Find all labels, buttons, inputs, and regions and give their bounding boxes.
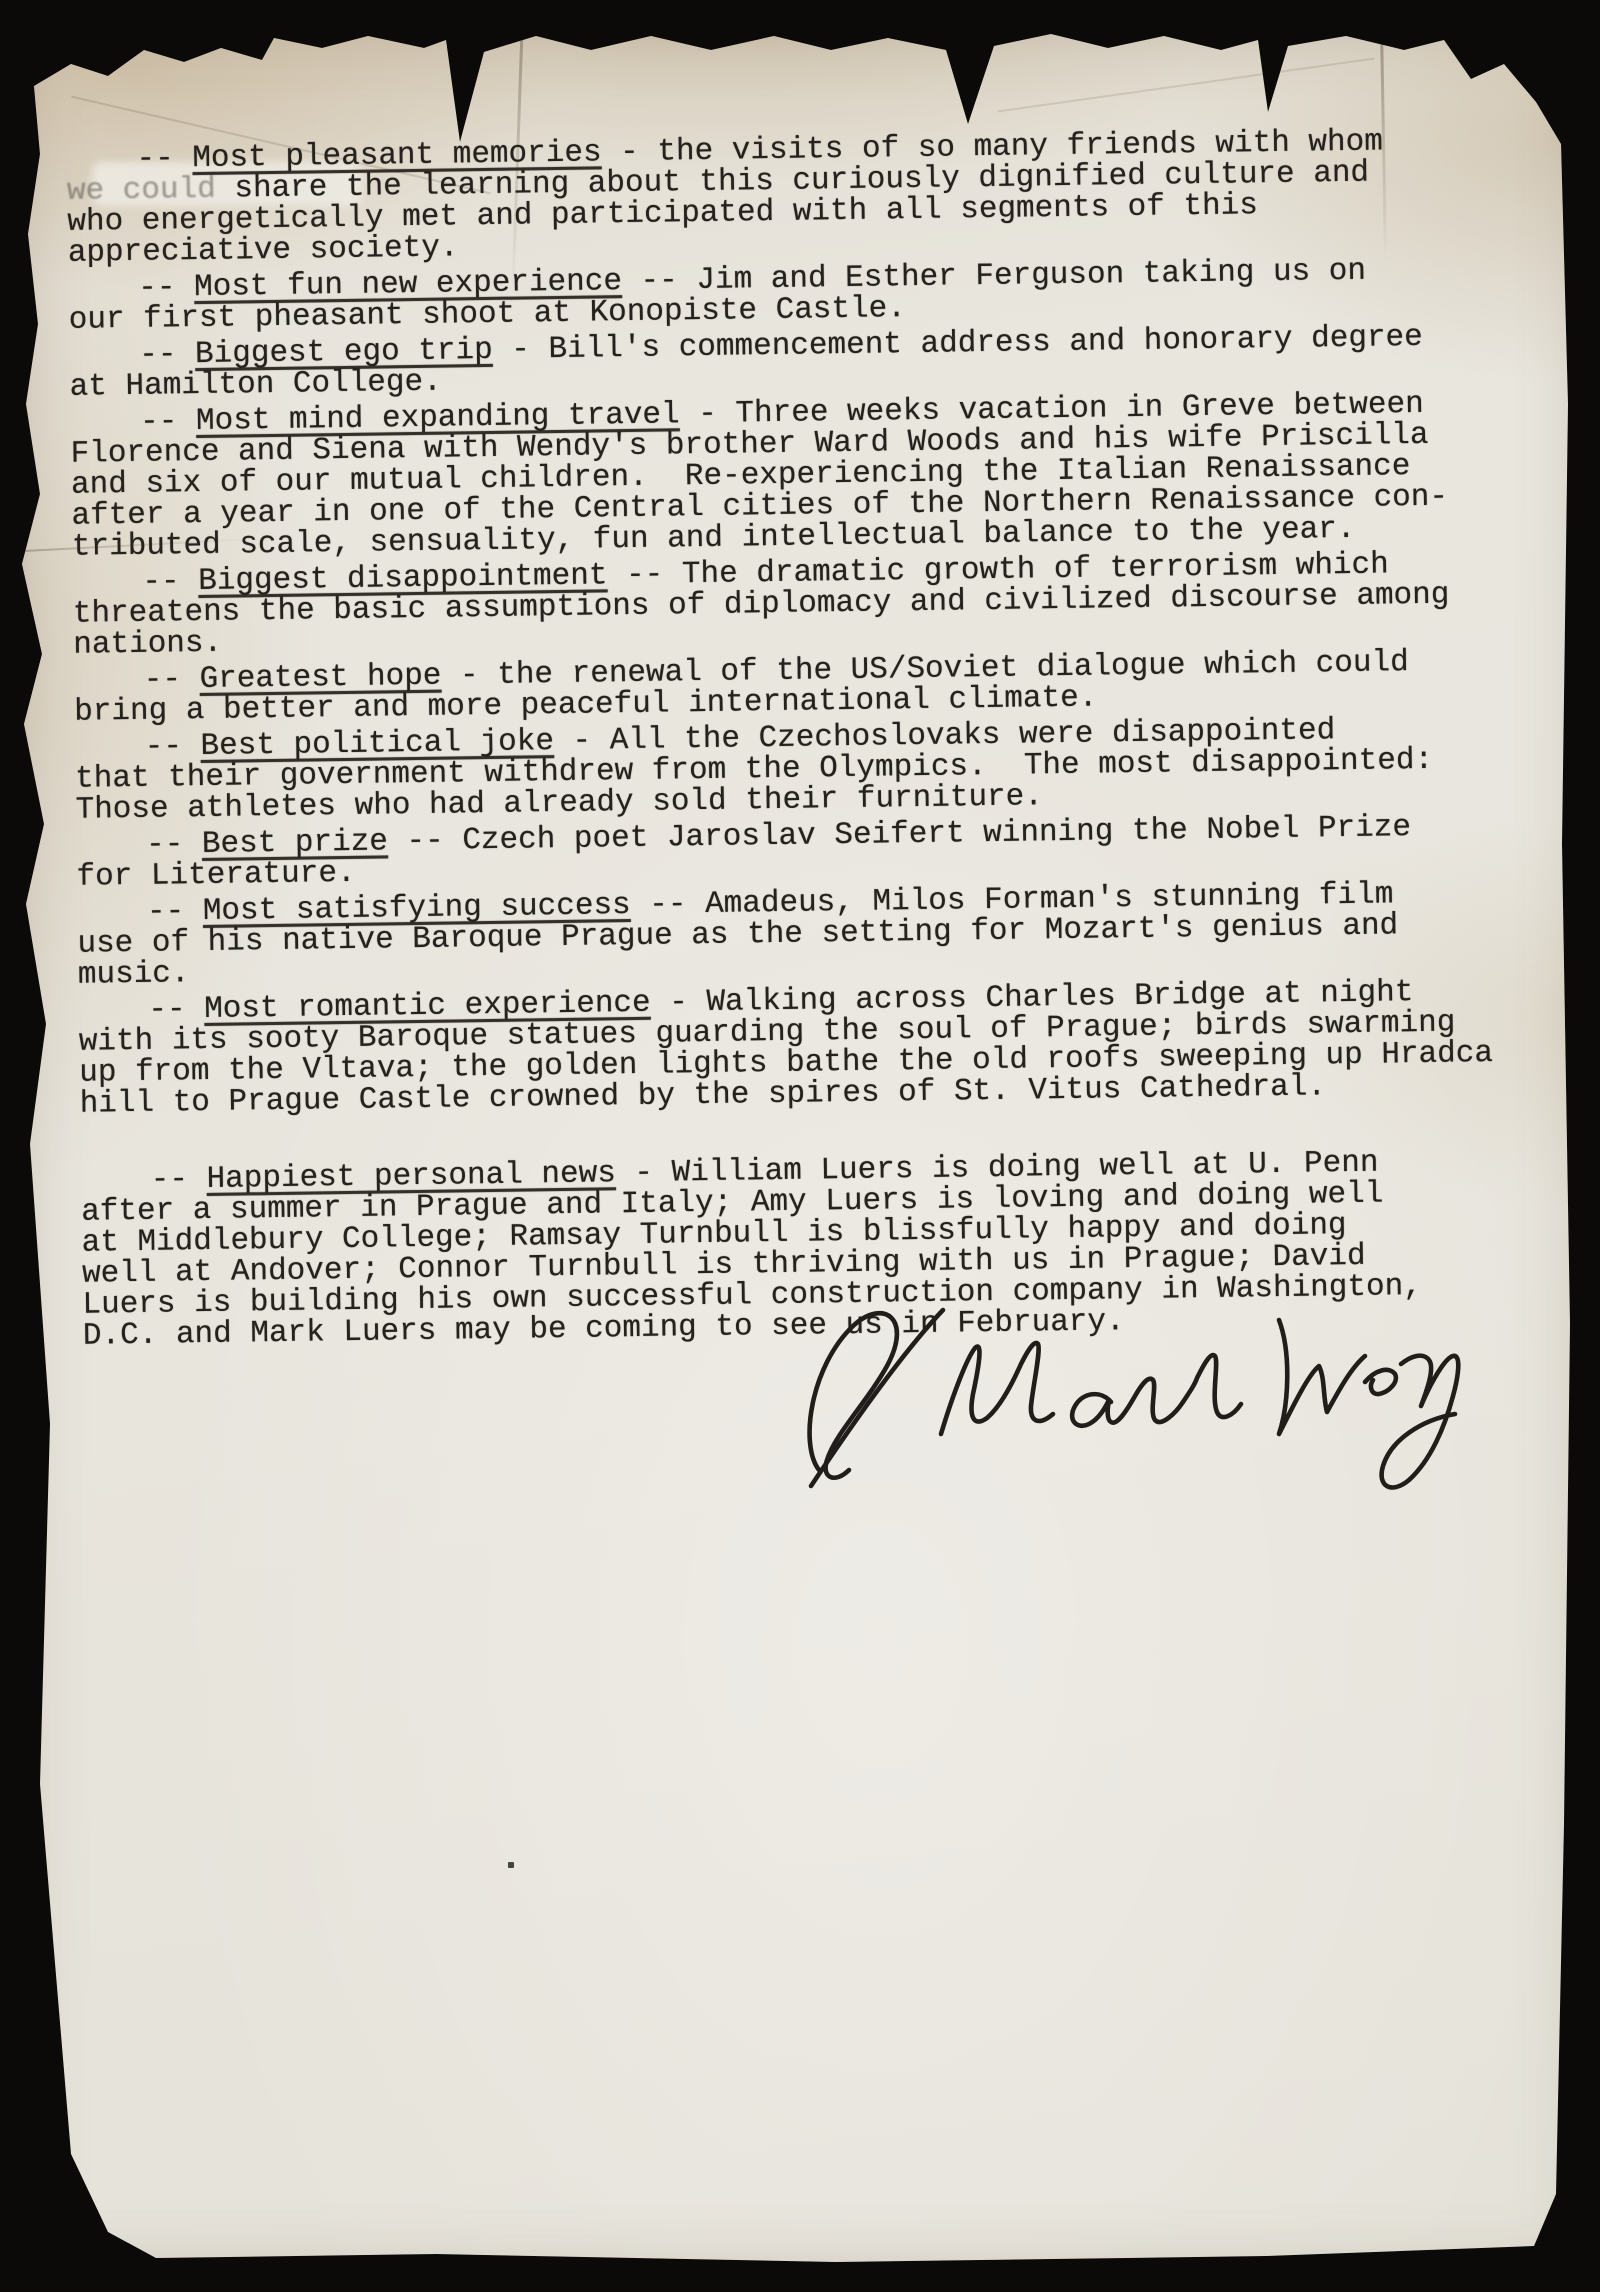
document-text: -- Most pleasant memories - the visits o… <box>66 124 1583 1352</box>
paragraph: -- Biggest disappointment -- The dramati… <box>72 547 1573 661</box>
faded-text: we could <box>67 172 216 209</box>
scan-background: -- Most pleasant memories - the visits o… <box>0 0 1600 2292</box>
paragraph: -- Most romantic experience - Walking ac… <box>78 975 1580 1120</box>
crease-line <box>998 58 1375 113</box>
paragraph: -- Most mind expanding travel - Three we… <box>70 387 1572 563</box>
paragraph: -- Most pleasant memories - the visits o… <box>66 124 1568 269</box>
title-separator: - <box>492 332 548 368</box>
document-page: -- Most pleasant memories - the visits o… <box>16 24 1588 2276</box>
title-separator: -- <box>388 823 463 859</box>
signature-drawing <box>791 1274 1471 1504</box>
paragraph: -- Best political joke - All the Czechos… <box>75 712 1576 826</box>
ink-dot-mark <box>508 1862 514 1868</box>
signature-handwriting <box>791 1274 1471 1504</box>
paragraph: -- Most satisfying success -- Amadeus, M… <box>77 877 1578 991</box>
